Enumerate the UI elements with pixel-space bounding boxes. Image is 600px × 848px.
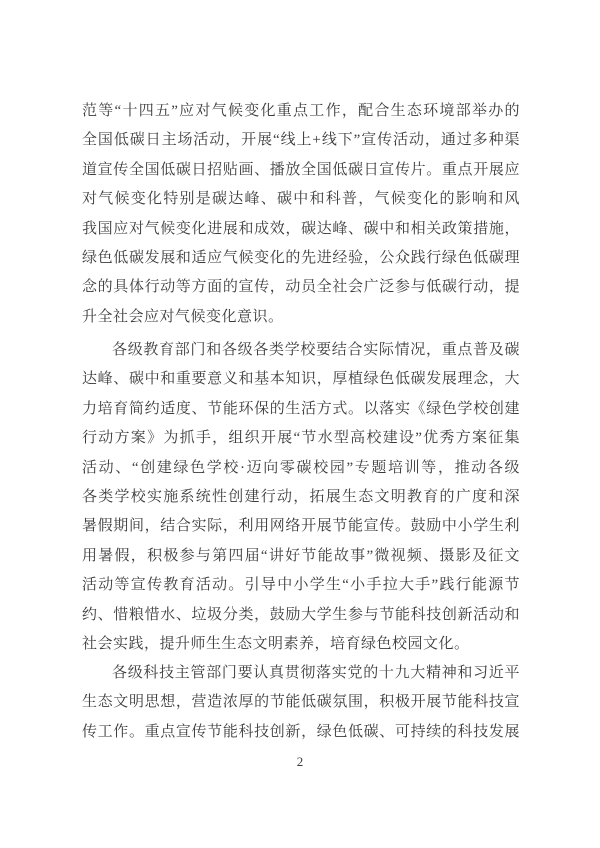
text-line: 对气候变化特别是碳达峰、碳中和科普，气候变化的影响和风险， bbox=[82, 185, 520, 214]
text-line: 范等“十四五”应对气候变化重点工作，配合生态环境部举办的 bbox=[82, 97, 520, 126]
text-line: 社会实践，提升师生生态文明素养，培育绿色校园文化。 bbox=[82, 630, 520, 659]
document-page: 范等“十四五”应对气候变化重点工作，配合生态环境部举办的 全国低碳日主场活动，开… bbox=[0, 0, 600, 848]
text-line: 各级科技主管部门要认真贯彻落实党的十九大精神和习近平 bbox=[82, 659, 520, 688]
text-line: 活动等宣传教育活动。引导中小学生“小手拉大手”践行能源节 bbox=[82, 571, 520, 600]
text-line: 传工作。重点宣传节能科技创新，绿色低碳、可持续的科技发展 bbox=[82, 718, 520, 747]
text-line: 各级教育部门和各级各类学校要结合实际情况，重点普及碳 bbox=[82, 336, 520, 365]
text-line: 活动、“创建绿色学校·迈向零碳校园”专题培训等，推动各级 bbox=[82, 454, 520, 483]
text-line: 暑假期间，结合实际，利用网络开展节能宣传。鼓励中小学生利 bbox=[82, 512, 520, 541]
page-number: 2 bbox=[0, 754, 600, 770]
text-line: 力培育简约适度、节能环保的生活方式。以落实《绿色学校创建 bbox=[82, 395, 520, 424]
text-line: 达峰、碳中和重要意义和基本知识，厚植绿色低碳发展理念，大 bbox=[82, 365, 520, 394]
paragraph: 各级教育部门和各级各类学校要结合实际情况，重点普及碳 达峰、碳中和重要意义和基本… bbox=[82, 336, 520, 659]
text-line: 升全社会应对气候变化意识。 bbox=[82, 303, 520, 332]
text-line: 道宣传全国低碳日招贴画、播放全国低碳日宣传片。重点开展应 bbox=[82, 156, 520, 185]
text-line: 各类学校实施系统性创建行动，拓展生态文明教育的广度和深度。 bbox=[82, 483, 520, 512]
text-line: 行动方案》为抓手，组织开展“节水型高校建设”优秀方案征集 bbox=[82, 424, 520, 453]
text-line: 绿色低碳发展和适应气候变化的先进经验，公众践行绿色低碳理 bbox=[82, 244, 520, 273]
text-line: 我国应对气候变化进展和成效，碳达峰、碳中和相关政策措施， bbox=[82, 215, 520, 244]
text-line: 念的具体行动等方面的宣传，动员全社会广泛参与低碳行动，提 bbox=[82, 273, 520, 302]
text-line: 用暑假，积极参与第四届“讲好节能故事”微视频、摄影及征文 bbox=[82, 542, 520, 571]
text-line: 约、惜粮惜水、垃圾分类，鼓励大学生参与节能科技创新活动和 bbox=[82, 601, 520, 630]
text-line: 生态文明思想，营造浓厚的节能低碳氛围，积极开展节能科技宣 bbox=[82, 688, 520, 717]
text-line: 全国低碳日主场活动，开展“线上+线下”宣传活动，通过多种渠 bbox=[82, 126, 520, 155]
paragraph: 各级科技主管部门要认真贯彻落实党的十九大精神和习近平 生态文明思想，营造浓厚的节… bbox=[82, 659, 520, 747]
paragraph: 范等“十四五”应对气候变化重点工作，配合生态环境部举办的 全国低碳日主场活动，开… bbox=[82, 97, 520, 332]
